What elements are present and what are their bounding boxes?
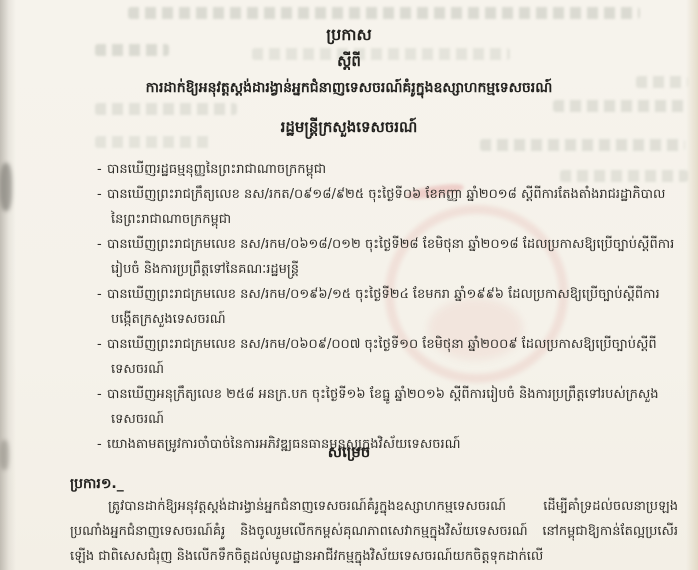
scan-right-edge-shadow [686,0,698,570]
scan-left-edge-shadow [0,0,16,570]
article-1-body: ត្រូវបានដាក់ឱ្យអនុវត្តស្តង់ដារង្វាន់អ្នក… [70,494,678,570]
article-1-label: ប្រការ១._ [70,474,124,495]
decision-heading: សម្រេច [0,443,698,465]
document-issuer-line: រដ្ឋមន្ត្រីក្រសួងទេសចរណ៍ [0,118,698,140]
citation-item: -បានឃើញព្រះរាជក្រមលេខ នស/រកម/០១៩៦/១៥ ចុះ… [97,282,675,332]
bleedthrough-text-line [128,7,640,19]
citation-item: -បានឃើញអនុក្រឹត្យលេខ ២៥៨ អនក្រ.បក ចុះថ្ង… [97,382,675,432]
document-on-word: ស្តីពី [0,52,698,74]
citation-dash: - [97,332,107,357]
citation-dash: - [97,157,107,182]
citation-dash: - [97,232,107,257]
citation-text: បានឃើញព្រះរាជក្រមលេខ នស/រកម/០១៩៦/១៥ ចុះថ… [107,287,660,327]
citation-dash: - [97,282,107,307]
bleedthrough-text-line [553,100,685,112]
citation-dash: - [97,182,107,207]
document-subject-title: ការដាក់ឱ្យអនុវត្តស្តង់ដារង្វាន់អ្នកជំនាញ… [40,78,658,98]
bleedthrough-text-line [480,139,685,151]
bleedthrough-text-line [95,103,237,115]
citation-text: បានឃើញអនុក្រឹត្យលេខ ២៥៨ អនក្រ.បក ចុះថ្ងៃ… [107,387,658,427]
citation-list: -បានឃើញរដ្ឋធម្មនុញ្ញនៃព្រះរាជាណាចក្រកម្ព… [97,157,675,457]
citation-text: បានឃើញព្រះរាជក្រមលេខ នស/រកម/០៦១៨/០១២ ចុះ… [107,237,674,277]
document-type-heading: ប្រកាស [0,24,698,48]
citation-text: បានឃើញរដ្ឋធម្មនុញ្ញនៃព្រះរាជាណាចក្រកម្ពុ… [107,162,326,177]
citation-text: បានឃើញព្រះរាជក្រមលេខ នស/រកម/០៦០៩/០០៧ ចុះ… [107,337,657,377]
citation-dash: - [97,382,107,407]
scan-edge-blot [0,163,12,211]
scanned-document-page: ប្រកាស ស្តីពី ការដាក់ឱ្យអនុវត្តស្តង់ដារង… [0,0,698,570]
citation-item: -បានឃើញព្រះរាជក្រមលេខ នស/រកម/០៦០៩/០០៧ ចុ… [97,332,675,382]
citation-item: -បានឃើញព្រះរាជក្រឹត្យលេខ នស/រកត/០៩១៨/៩២៥… [97,182,675,232]
citation-item: -បានឃើញរដ្ឋធម្មនុញ្ញនៃព្រះរាជាណាចក្រកម្ព… [97,157,675,182]
citation-item: -បានឃើញព្រះរាជក្រមលេខ នស/រកម/០៦១៨/០១២ ចុ… [97,232,675,282]
citation-text: បានឃើញព្រះរាជក្រឹត្យលេខ នស/រកត/០៩១៨/៩២៥ … [107,187,665,227]
